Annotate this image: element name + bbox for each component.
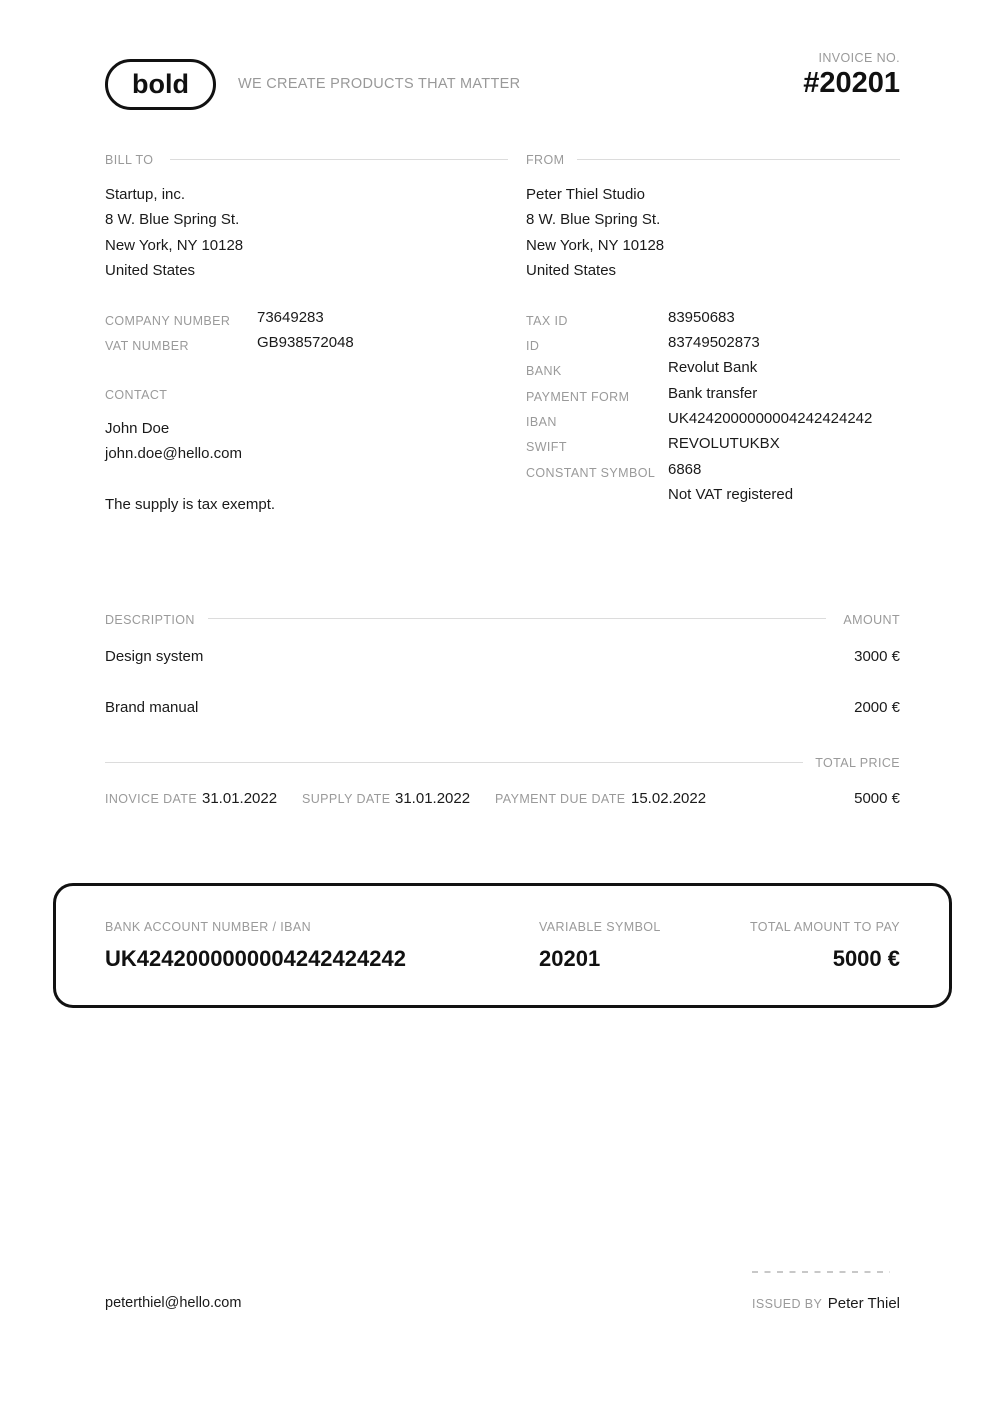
- swift-label: SWIFT: [526, 440, 567, 454]
- total-divider: [105, 762, 803, 763]
- from-address-line: New York, NY 10128: [526, 233, 664, 258]
- contact-heading: CONTACT: [105, 388, 167, 402]
- contact-email[interactable]: john.doe@hello.com: [105, 445, 242, 462]
- total-price-value: 5000 €: [854, 790, 900, 807]
- tax-id-value: 83950683: [668, 309, 735, 326]
- company-logo: bold: [105, 59, 216, 110]
- from-address-line: United States: [526, 258, 664, 283]
- bank-label: BANK: [526, 364, 562, 378]
- from-address-line: Peter Thiel Studio: [526, 182, 664, 207]
- description-header: DESCRIPTION: [105, 613, 195, 627]
- iban-label: IBAN: [526, 415, 557, 429]
- from-divider: [577, 159, 900, 160]
- item-amount: 3000 €: [854, 648, 900, 665]
- bill-to-heading: BILL TO: [105, 153, 153, 167]
- contact-name: John Doe: [105, 420, 169, 437]
- item-description: Design system: [105, 648, 203, 665]
- bill-to-address-line: United States: [105, 258, 243, 283]
- variable-symbol-label: VARIABLE SYMBOL: [539, 920, 661, 934]
- issued-by-name: Peter Thiel: [828, 1295, 900, 1312]
- from-heading: FROM: [526, 153, 564, 167]
- tax-id-label: TAX ID: [526, 314, 568, 328]
- iban-value: UK4242000000004242424242: [668, 410, 872, 427]
- vat-number-label: VAT NUMBER: [105, 339, 189, 353]
- footer-email[interactable]: peterthiel@hello.com: [105, 1295, 241, 1311]
- invoice-number: #20201: [803, 67, 900, 100]
- bill-to-address-line: Startup, inc.: [105, 182, 243, 207]
- from-address-line: 8 W. Blue Spring St.: [526, 207, 664, 232]
- due-date-label: PAYMENT DUE DATE: [495, 792, 626, 806]
- id-value: 83749502873: [668, 334, 760, 351]
- payment-iban-label: BANK ACCOUNT NUMBER / IBAN: [105, 920, 311, 934]
- bill-to-divider: [170, 159, 508, 160]
- supply-date-label: SUPPLY DATE: [302, 792, 390, 806]
- logo-text: bold: [132, 69, 189, 100]
- total-to-pay-value: 5000 €: [833, 946, 900, 972]
- variable-symbol-value: 20201: [539, 946, 600, 972]
- total-to-pay-label: TOTAL AMOUNT TO PAY: [750, 920, 900, 934]
- bank-value: Revolut Bank: [668, 359, 757, 376]
- company-tagline: WE CREATE PRODUCTS THAT MATTER: [238, 76, 520, 92]
- tax-exempt-note: The supply is tax exempt.: [105, 496, 275, 513]
- id-label: ID: [526, 339, 539, 353]
- vat-status: Not VAT registered: [668, 486, 793, 503]
- signature-line: [752, 1271, 890, 1273]
- total-price-label: TOTAL PRICE: [815, 756, 900, 770]
- bill-to-address-line: 8 W. Blue Spring St.: [105, 207, 243, 232]
- swift-value: REVOLUTUKBX: [668, 435, 780, 452]
- item-amount: 2000 €: [854, 699, 900, 716]
- constant-symbol-label: CONSTANT SYMBOL: [526, 466, 655, 480]
- invoice-date-value: 31.01.2022: [202, 790, 277, 807]
- vat-number-value: GB938572048: [257, 334, 354, 351]
- company-number-value: 73649283: [257, 309, 324, 326]
- amount-header: AMOUNT: [843, 613, 900, 627]
- bill-to-address: Startup, inc. 8 W. Blue Spring St. New Y…: [105, 182, 243, 283]
- items-header-divider: [208, 618, 826, 619]
- item-description: Brand manual: [105, 699, 198, 716]
- invoice-date-label: INOVICE DATE: [105, 792, 197, 806]
- company-number-label: COMPANY NUMBER: [105, 314, 230, 328]
- payment-form-label: PAYMENT FORM: [526, 390, 629, 404]
- supply-date-value: 31.01.2022: [395, 790, 470, 807]
- payment-iban-value: UK4242000000004242424242: [105, 946, 406, 972]
- from-address: Peter Thiel Studio 8 W. Blue Spring St. …: [526, 182, 664, 283]
- invoice-number-label: INVOICE NO.: [819, 51, 901, 65]
- issued-by-label: ISSUED BY: [752, 1297, 822, 1311]
- bill-to-address-line: New York, NY 10128: [105, 233, 243, 258]
- constant-symbol-value: 6868: [668, 461, 701, 478]
- due-date-value: 15.02.2022: [631, 790, 706, 807]
- payment-form-value: Bank transfer: [668, 385, 757, 402]
